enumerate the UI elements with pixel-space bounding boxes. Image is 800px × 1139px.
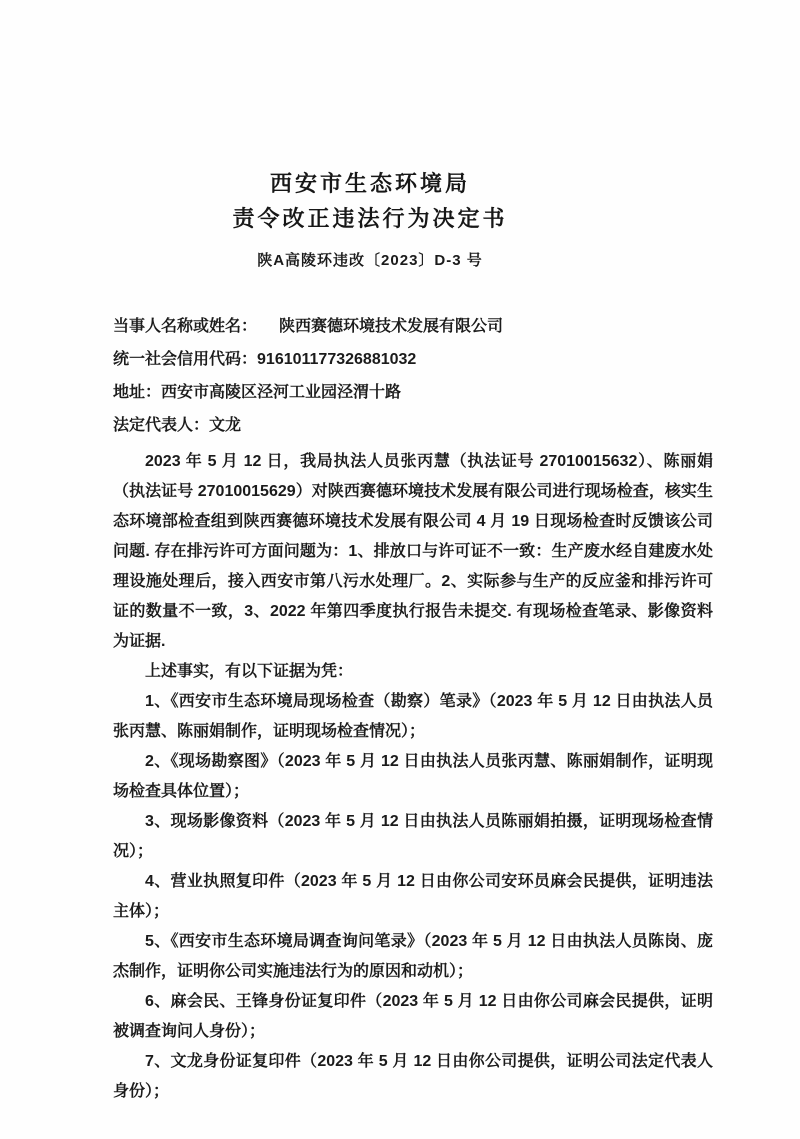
info-field-label: 法定代表人： [113,417,209,434]
document-title-line1: 西安市生态环境局 [70,166,670,201]
info-field-row: 统一社会信用代码：916101177326881032 [113,343,713,376]
info-field-value: 916101177326881032 [257,351,416,368]
document-number: 陕A高陵环违改〔2023〕D-3 号 [70,249,670,270]
document-content: 西安市生态环境局 责令改正违法行为决定书 陕A高陵环违改〔2023〕D-3 号 … [113,0,713,1107]
document-page: 西安市生态环境局 责令改正违法行为决定书 陕A高陵环违改〔2023〕D-3 号 … [0,0,800,1139]
body-paragraph: 4、营业执照复印件（2023 年 5 月 12 日由你公司安环员麻会民提供，证明… [113,867,713,927]
info-field-label: 当事人名称或姓名： [113,318,257,335]
body-paragraph: 2、《现场勘察图》（2023 年 5 月 12 日由执法人员张丙慧、陈丽娟制作，… [113,747,713,807]
body-paragraph: 1、《西安市生态环境局现场检查（勘察）笔录》（2023 年 5 月 12 日由执… [113,687,713,747]
body-paragraph: 3、现场影像资料（2023 年 5 月 12 日由执法人员陈丽娟拍摄，证明现场检… [113,807,713,867]
document-title-line2: 责令改正违法行为决定书 [70,201,670,236]
info-field-label: 统一社会信用代码： [113,351,257,368]
info-field-row: 当事人名称或姓名：陕西赛德环境技术发展有限公司 [113,310,713,343]
document-body: 2023 年 5 月 12 日，我局执法人员张丙慧（执法证号 270100156… [113,447,713,1107]
body-paragraph: 7、文龙身份证复印件（2023 年 5 月 12 日由你公司提供，证明公司法定代… [113,1047,713,1107]
body-paragraph: 6、麻会民、王锋身份证复印件（2023 年 5 月 12 日由你公司麻会民提供，… [113,987,713,1047]
info-field-value: 陕西赛德环境技术发展有限公司 [279,318,503,335]
party-info-section: 当事人名称或姓名：陕西赛德环境技术发展有限公司统一社会信用代码：91610117… [113,310,713,442]
body-paragraph: 2023 年 5 月 12 日，我局执法人员张丙慧（执法证号 270100156… [113,447,713,657]
info-field-row: 地址：西安市高陵区泾河工业园泾渭十路 [113,376,713,409]
document-heading: 西安市生态环境局 责令改正违法行为决定书 陕A高陵环违改〔2023〕D-3 号 [70,0,670,270]
info-field-value: 文龙 [209,417,241,434]
info-field-row: 法定代表人：文龙 [113,409,713,442]
info-field-label: 地址： [113,384,161,401]
body-paragraph: 5、《西安市生态环境局调查询问笔录》（2023 年 5 月 12 日由执法人员陈… [113,927,713,987]
info-field-value: 西安市高陵区泾河工业园泾渭十路 [161,384,401,401]
body-paragraph: 上述事实，有以下证据为凭： [113,657,713,687]
